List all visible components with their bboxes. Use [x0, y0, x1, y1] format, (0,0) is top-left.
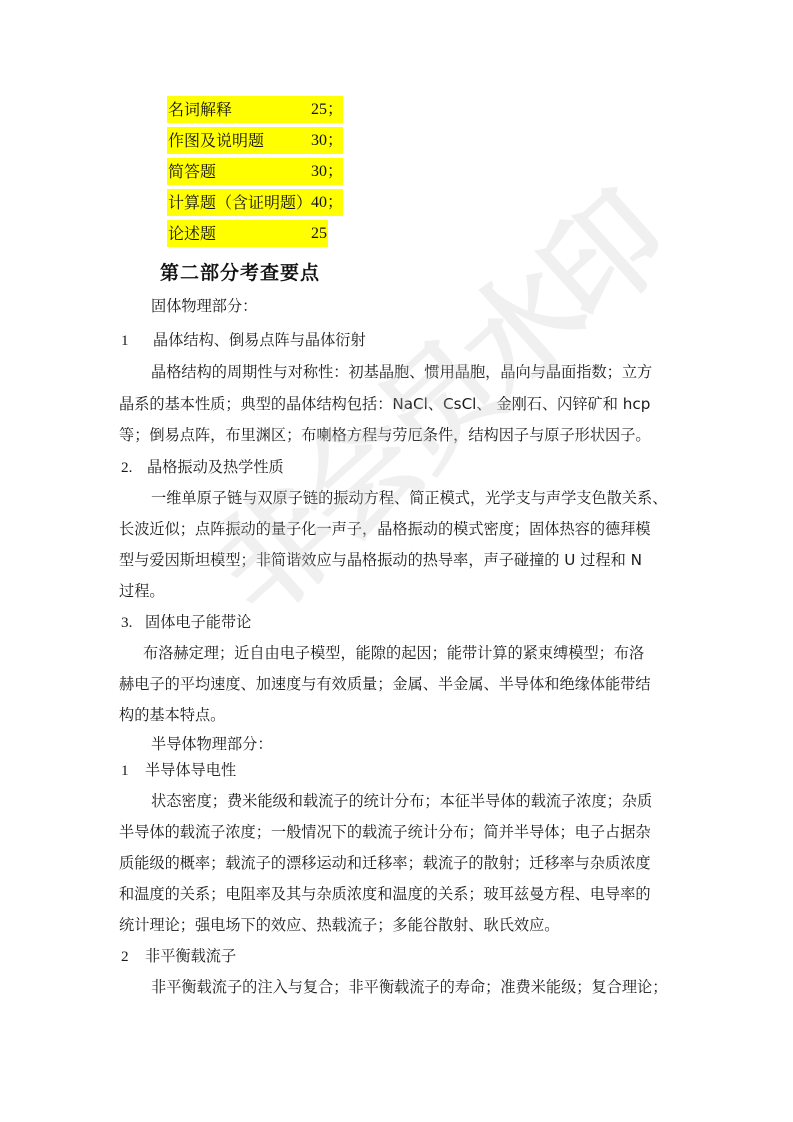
score-label: 作图及说明题 [168, 127, 264, 154]
topic-heading: 1晶体结构、倒易点阵与晶体衍射 [121, 330, 366, 351]
score-label: 名词解释 [168, 96, 232, 123]
section-title: 第二部分考查要点 [160, 258, 320, 285]
body-line: 一维单原子链与双原子链的振动方程、简正模式，光学支与声学支色散关系、 [151, 488, 667, 508]
score-value: 30； [311, 158, 343, 185]
topic-number: 1 [121, 761, 145, 781]
score-label: 论述题 [168, 220, 216, 247]
score-row-calculation: 计算题（含证明题） 40； [167, 189, 343, 216]
topic-number: 2 [121, 947, 145, 967]
body-line: 长波近似；点阵振动的量子化一声子，晶格振动的模式密度；固体热容的德拜模 [119, 519, 651, 539]
score-row-essay: 论述题 25 [167, 220, 328, 247]
topic-title: 晶体结构、倒易点阵与晶体衍射 [153, 331, 366, 349]
topic-number: 2. [121, 458, 147, 478]
body-line: 布洛赫定理；近自由电子模型，能隙的起因；能带计算的紧束缚模型；布洛 [143, 643, 644, 663]
score-label: 计算题（含证明题） [168, 189, 312, 216]
body-line: 赫电子的平均速度、加速度与有效质量；金属、半金属、半导体和绝缘体能带结 [119, 674, 651, 694]
document-page: 名词解释 25； 作图及说明题 30； 简答题 30； 计算题（含证明题） 40… [0, 0, 793, 1122]
topic-heading: 1半导体导电性 [121, 760, 236, 781]
body-line: 晶系的基本性质；典型的晶体结构包括：NaCl、CsCl、 金刚石、闪锌矿和 hc… [119, 394, 650, 414]
score-row-definitions: 名词解释 25； [167, 96, 343, 123]
body-line: 等；倒易点阵，布里渊区；布喇格方程与劳厄条件，结构因子与原子形状因子。 [119, 425, 651, 445]
topic-heading: 2非平衡载流子 [121, 946, 236, 967]
subsection-heading-semiconductor: 半导体物理部分： [151, 734, 273, 754]
topic-title: 非平衡载流子 [145, 947, 236, 965]
body-line: 状态密度；费米能级和载流子的统计分布；本征半导体的载流子浓度；杂质 [151, 791, 652, 811]
body-line: 过程。 [119, 581, 165, 601]
topic-title: 晶格振动及热学性质 [147, 458, 284, 476]
body-line: 和温度的关系；电阻率及其与杂质浓度和温度的关系；玻耳兹曼方程、电导率的 [119, 884, 651, 904]
topic-title: 半导体导电性 [145, 761, 236, 779]
score-row-drawing: 作图及说明题 30； [167, 127, 343, 154]
topic-heading: 3.固体电子能带论 [121, 612, 251, 633]
score-label: 简答题 [168, 158, 216, 185]
topic-number: 3. [121, 613, 145, 633]
body-line: 构的基本特点。 [119, 705, 225, 725]
subsection-heading-solid-state: 固体物理部分： [151, 296, 257, 316]
body-line: 统计理论；强电场下的效应、热载流子；多能谷散射、耿氏效应。 [119, 915, 559, 935]
body-line: 质能级的概率；载流子的漂移运动和迁移率；载流子的散射；迁移率与杂质浓度 [119, 853, 651, 873]
topic-title: 固体电子能带论 [145, 613, 251, 631]
score-value: 30； [311, 127, 343, 154]
body-line: 晶格结构的周期性与对称性：初基晶胞、惯用晶胞，晶向与晶面指数；立方 [151, 362, 652, 382]
body-line: 半导体的载流子浓度；一般情况下的载流子统计分布；简并半导体；电子占据杂 [119, 822, 651, 842]
score-value: 25 [311, 220, 327, 247]
score-value: 40； [311, 189, 343, 216]
topic-heading: 2.晶格振动及热学性质 [121, 457, 284, 478]
body-line: 型与爱因斯坦模型；非简谐效应与晶格振动的热导率，声子碰撞的 U 过程和 N [119, 550, 642, 570]
body-line: 非平衡载流子的注入与复合；非平衡载流子的寿命；准费米能级；复合理论； [151, 977, 667, 997]
topic-number: 1 [121, 331, 153, 351]
score-value: 25； [311, 96, 343, 123]
score-row-short-answer: 简答题 30； [167, 158, 343, 185]
